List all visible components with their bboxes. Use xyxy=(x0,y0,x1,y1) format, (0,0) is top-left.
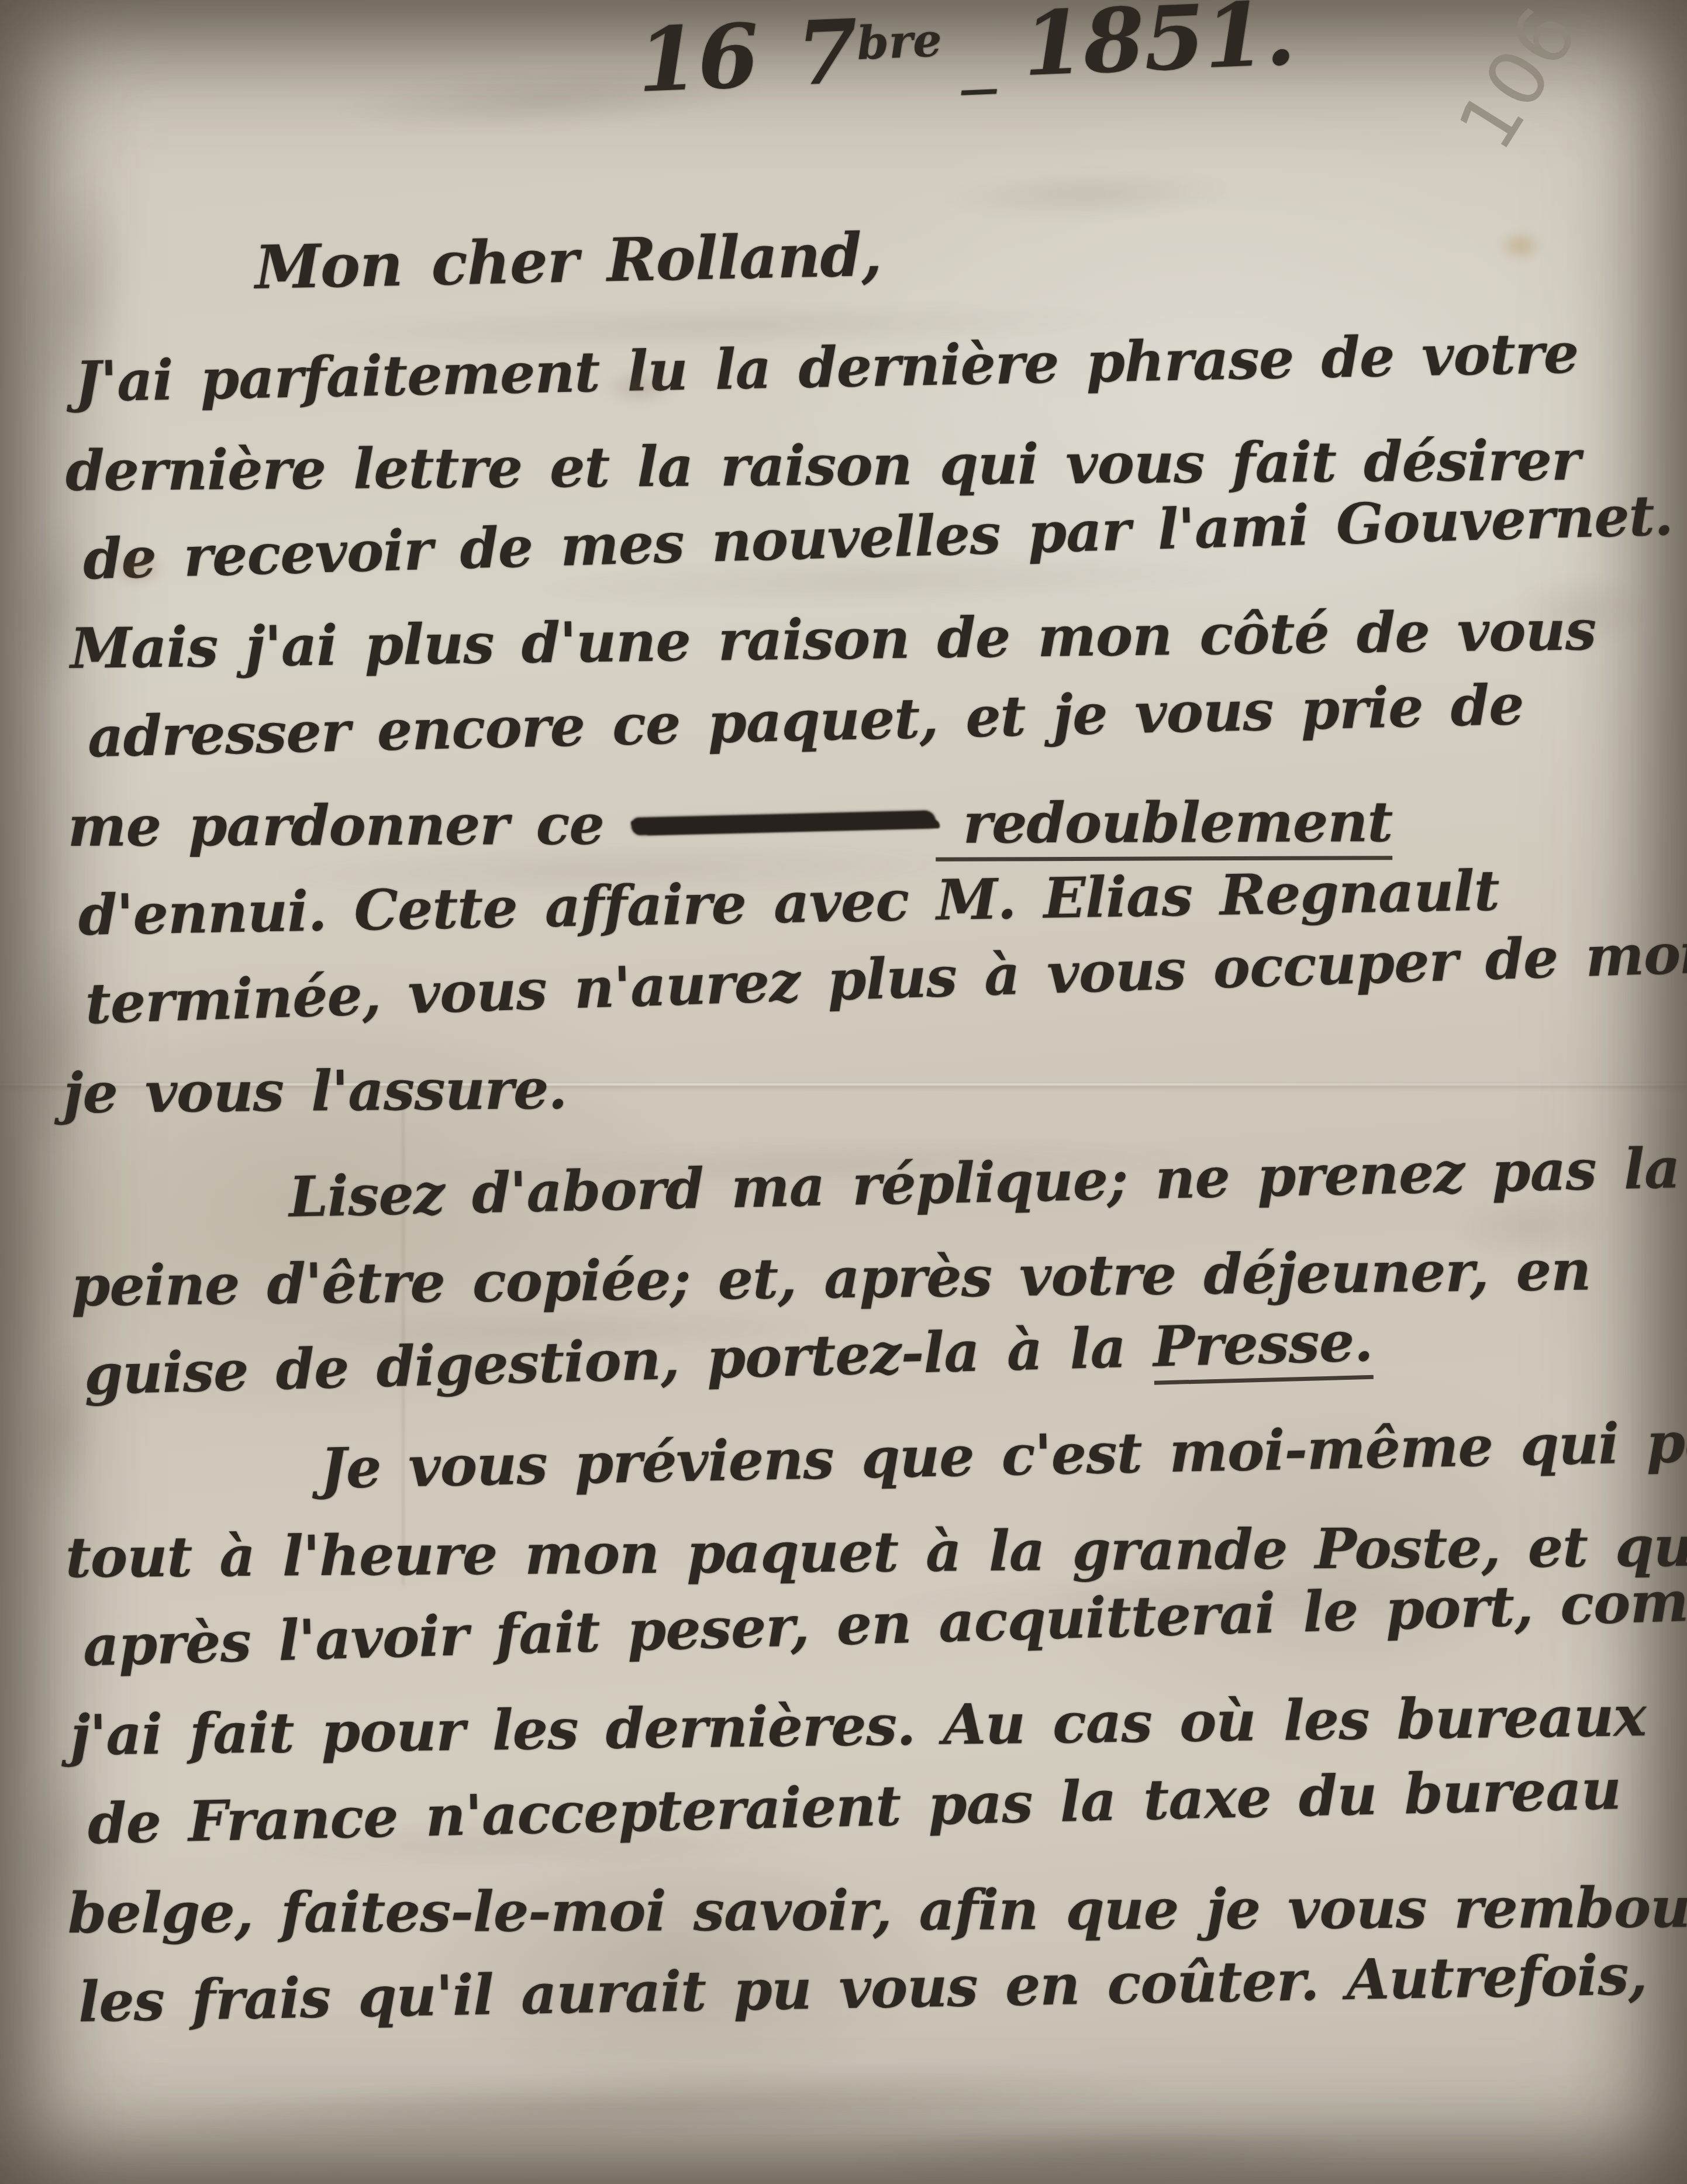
letter-line: Lisez d'abord ma réplique; ne prenez pas… xyxy=(288,1124,1676,1242)
date-line: 16 7bre—1851. xyxy=(635,0,1296,112)
paragraphs: J'ai parfaitement lu la dernière phrase … xyxy=(75,338,1669,2047)
text-run: les frais qu'il aurait pu vous en coûter… xyxy=(78,1942,1647,2035)
paragraph: Je vous préviens que c'est moi-même qui … xyxy=(75,1425,1669,2047)
text-run: — xyxy=(958,65,999,113)
text-run: J'ai parfaitement lu la dernière phrase … xyxy=(74,321,1579,415)
letter-line: je vous l'assure. xyxy=(63,1035,1658,1138)
salutation: Mon cher Rolland, xyxy=(254,203,1670,303)
text-run: 16 7 xyxy=(635,0,859,112)
text-run: je vous l'assure. xyxy=(63,1057,567,1127)
bleedthrough-smudge xyxy=(841,2124,1392,2184)
manuscript-photo: { "document": { "kind": "handwritten-let… xyxy=(0,0,1687,2184)
paragraph: Lisez d'abord ma réplique; ne prenez pas… xyxy=(75,1153,1669,1420)
text-run: Je vous préviens que c'est moi-même qui … xyxy=(320,1406,1687,1501)
text-run: Presse. xyxy=(1152,1309,1373,1385)
text-run: guise de digestion, portez-la à la xyxy=(84,1315,1154,1408)
letter-page: 16 7bre—1851. 106 Mon cher Rolland, J'ai… xyxy=(0,0,1687,2184)
text-run: bre xyxy=(856,13,943,70)
crossed-out-words xyxy=(632,810,936,835)
letter-line: J'ai parfaitement lu la dernière phrase … xyxy=(74,308,1670,427)
pencil-folio-number: 106 xyxy=(1441,0,1595,166)
text-run: 1851. xyxy=(1021,0,1297,96)
text-run: Lisez d'abord ma réplique; ne prenez pas… xyxy=(288,1136,1681,1230)
bleedthrough-smudge xyxy=(151,2052,1182,2158)
text-run: me pardonner ce xyxy=(68,793,632,859)
letter-body: Mon cher Rolland, J'ai parfaitement lu l… xyxy=(75,233,1669,2047)
paragraph: J'ai parfaitement lu la dernière phrase … xyxy=(75,338,1669,1138)
